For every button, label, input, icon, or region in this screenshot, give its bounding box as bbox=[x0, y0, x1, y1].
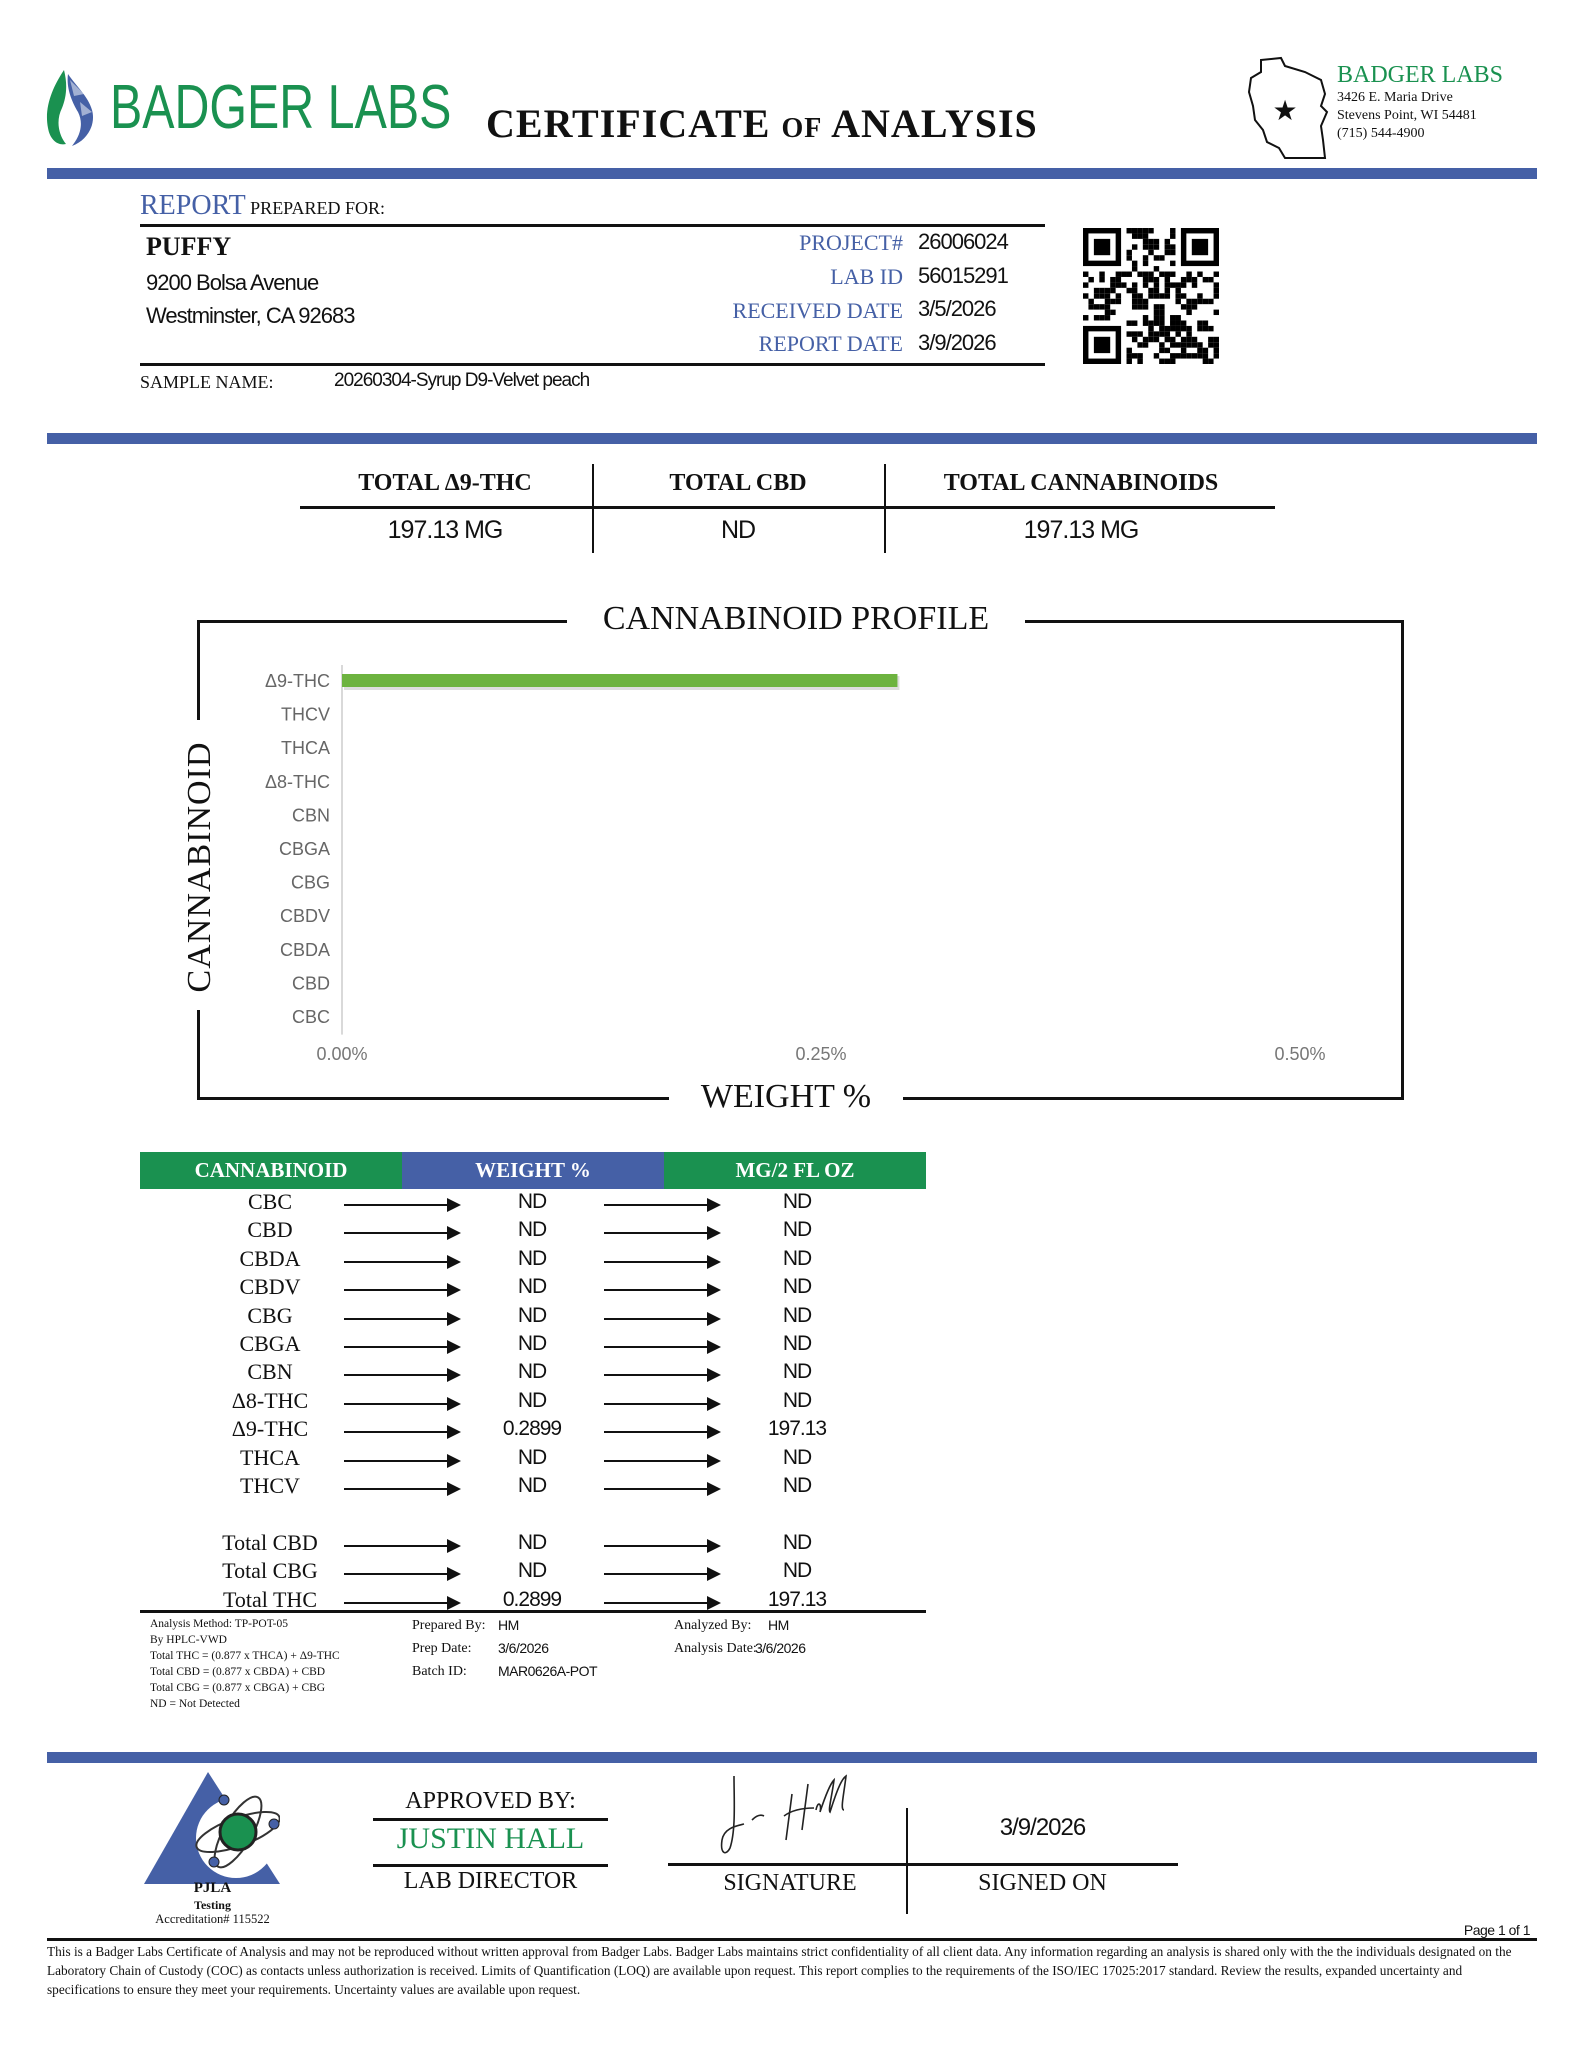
table-row-mg: ND bbox=[727, 1304, 867, 1328]
chart-x-tick-label: 0.25% bbox=[795, 1044, 846, 1064]
arrow-icon bbox=[344, 1573, 459, 1575]
received-date-label: RECEIVED DATE bbox=[733, 298, 903, 324]
table-row-mg: ND bbox=[727, 1531, 867, 1555]
table-row-name: CBDV bbox=[175, 1274, 365, 1300]
chart-category-label: CBG bbox=[291, 873, 330, 893]
analyzed-by-value: HM bbox=[768, 1617, 789, 1633]
table-row-weight: ND bbox=[472, 1332, 592, 1356]
chart-frame bbox=[903, 1097, 1404, 1100]
signed-on-label: SIGNED ON bbox=[920, 1870, 1165, 1897]
prep-date-value: 3/6/2026 bbox=[498, 1640, 549, 1656]
table-row-weight: ND bbox=[472, 1474, 592, 1498]
signature-divider bbox=[906, 1808, 908, 1914]
arrow-icon bbox=[604, 1460, 719, 1462]
note-line: Total CBD = (0.877 x CBDA) + CBD bbox=[150, 1664, 340, 1680]
chart-x-tick-label: 0.00% bbox=[316, 1044, 367, 1064]
arrow-icon bbox=[604, 1403, 719, 1405]
arrow-icon bbox=[604, 1204, 719, 1206]
chart-category-label: Δ9-THC bbox=[265, 671, 330, 691]
table-row-mg: ND bbox=[727, 1332, 867, 1356]
approver-name: JUSTIN HALL bbox=[373, 1822, 608, 1856]
chart-frame bbox=[1025, 620, 1403, 623]
prepared-label-report: REPORT bbox=[140, 190, 246, 221]
arrow-icon bbox=[344, 1403, 459, 1405]
qr-code-icon[interactable] bbox=[1083, 228, 1219, 364]
table-row-name: Δ9-THC bbox=[175, 1416, 365, 1442]
chart-x-tick-label: 0.50% bbox=[1274, 1044, 1325, 1064]
table-row-mg: ND bbox=[727, 1559, 867, 1583]
title-certificate: CERTIFICATE bbox=[486, 101, 770, 146]
table-row-mg: ND bbox=[727, 1446, 867, 1470]
table-row-name: CBG bbox=[175, 1303, 365, 1329]
document-title: CERTIFICATE OF ANALYSIS bbox=[486, 100, 1038, 147]
summary-label-cbd: TOTAL CBD bbox=[593, 470, 883, 497]
table-row-mg: ND bbox=[727, 1389, 867, 1413]
chart-bar bbox=[342, 674, 897, 687]
logo-text: BADGER LABS bbox=[110, 77, 451, 139]
table-row-weight: ND bbox=[472, 1531, 592, 1555]
cannabinoid-profile-chart: Δ9-THCTHCVTHCAΔ8-THCCBNCBGACBGCBDVCBDACB… bbox=[200, 640, 1390, 1080]
table-header-cannabinoid: CANNABINOID bbox=[140, 1152, 402, 1189]
star-icon: ★ bbox=[1272, 96, 1297, 127]
table-row-mg: ND bbox=[727, 1190, 867, 1214]
arrow-icon bbox=[604, 1289, 719, 1291]
table-row-name: Total THC bbox=[175, 1587, 365, 1613]
accreditation-number: Accreditation# 115522 bbox=[130, 1912, 295, 1927]
analysis-date-label: Analysis Date: bbox=[674, 1641, 757, 1657]
arrow-icon bbox=[344, 1374, 459, 1376]
client-name: PUFFY bbox=[146, 232, 231, 262]
summary-label-cannabinoids: TOTAL CANNABINOIDS bbox=[886, 470, 1276, 497]
arrow-icon bbox=[604, 1261, 719, 1263]
arrow-icon bbox=[604, 1545, 719, 1547]
arrow-icon bbox=[604, 1346, 719, 1348]
arrow-icon bbox=[344, 1346, 459, 1348]
chart-category-label: THCA bbox=[281, 738, 330, 758]
divider bbox=[140, 224, 1045, 227]
prep-date-label: Prep Date: bbox=[412, 1641, 471, 1657]
arrow-icon bbox=[344, 1488, 459, 1490]
table-row-mg: ND bbox=[727, 1218, 867, 1242]
prepared-for-label: REPORT PREPARED FOR: bbox=[140, 190, 385, 222]
arrow-icon bbox=[344, 1545, 459, 1547]
signature-image bbox=[700, 1770, 880, 1860]
signed-on-date: 3/9/2026 bbox=[920, 1814, 1165, 1842]
section-divider bbox=[47, 433, 1537, 444]
table-row-weight: 0.2899 bbox=[472, 1417, 592, 1441]
prepared-by-value: HM bbox=[498, 1617, 519, 1633]
client-address-2: Westminster, CA 92683 bbox=[146, 303, 355, 329]
table-row-weight: ND bbox=[472, 1218, 592, 1242]
table-row-name: THCA bbox=[175, 1445, 365, 1471]
analyzed-by-label: Analyzed By: bbox=[674, 1618, 751, 1634]
lab-address-line-2: Stevens Point, WI 54481 bbox=[1337, 108, 1477, 124]
summary-divider bbox=[300, 506, 1275, 509]
lab-id-label: LAB ID bbox=[830, 264, 903, 290]
sample-name-label: SAMPLE NAME: bbox=[140, 372, 274, 393]
lab-address-line-1: 3426 E. Maria Drive bbox=[1337, 90, 1453, 106]
chart-frame bbox=[197, 620, 567, 623]
summary-label-thc: TOTAL Δ9-THC bbox=[300, 470, 590, 497]
chart-frame bbox=[1401, 620, 1404, 1100]
table-row-name: Total CBD bbox=[175, 1530, 365, 1556]
sample-name-value: 20260304-Syrup D9-Velvet peach bbox=[334, 370, 589, 392]
pjla-testing-label: Testing bbox=[140, 1898, 285, 1913]
table-row-weight: ND bbox=[472, 1275, 592, 1299]
batch-id-value: MAR0626A-POT bbox=[498, 1663, 597, 1679]
chart-frame bbox=[197, 1097, 669, 1100]
table-header-mg: MG/2 FL OZ bbox=[664, 1152, 926, 1189]
table-header-weight: WEIGHT % bbox=[402, 1152, 664, 1189]
approved-by-label: APPROVED BY: bbox=[373, 1788, 608, 1815]
lab-phone: (715) 544-4900 bbox=[1337, 126, 1425, 142]
signature-label: SIGNATURE bbox=[680, 1870, 900, 1897]
note-line: ND = Not Detected bbox=[150, 1696, 340, 1712]
wisconsin-map-icon: ★ bbox=[1245, 54, 1341, 164]
header-divider bbox=[47, 168, 1537, 179]
table-row-mg: ND bbox=[727, 1360, 867, 1384]
project-label: PROJECT# bbox=[799, 230, 903, 256]
divider bbox=[373, 1818, 608, 1821]
report-date-label: REPORT DATE bbox=[759, 331, 903, 357]
table-row-mg: ND bbox=[727, 1474, 867, 1498]
table-row-weight: ND bbox=[472, 1360, 592, 1384]
project-value: 26006024 bbox=[918, 229, 1008, 255]
table-row-name: CBGA bbox=[175, 1331, 365, 1357]
table-row-mg: 197.13 bbox=[727, 1417, 867, 1441]
table-row-mg: ND bbox=[727, 1247, 867, 1271]
arrow-icon bbox=[344, 1204, 459, 1206]
analysis-method-notes: Analysis Method: TP-POT-05 By HPLC-VWD T… bbox=[150, 1616, 340, 1712]
table-row-name: CBN bbox=[175, 1359, 365, 1385]
table-row-weight: ND bbox=[472, 1559, 592, 1583]
chart-category-label: Δ8-THC bbox=[265, 772, 330, 792]
chart-title: CANNABINOID PROFILE bbox=[567, 600, 1025, 638]
arrow-icon bbox=[604, 1488, 719, 1490]
chart-category-label: CBGA bbox=[279, 839, 330, 859]
report-date-value: 3/9/2026 bbox=[918, 330, 996, 356]
pjla-label: PJLA bbox=[140, 1880, 285, 1897]
summary-value-cbd: ND bbox=[593, 516, 883, 545]
table-row-mg: ND bbox=[727, 1275, 867, 1299]
lab-id-value: 56015291 bbox=[918, 263, 1008, 289]
disclaimer-text: This is a Badger Labs Certificate of Ana… bbox=[47, 1942, 1537, 1999]
leaf-logo-icon bbox=[44, 68, 100, 148]
arrow-icon bbox=[344, 1232, 459, 1234]
arrow-icon bbox=[604, 1431, 719, 1433]
prepared-by-label: Prepared By: bbox=[412, 1618, 485, 1634]
table-row-weight: ND bbox=[472, 1190, 592, 1214]
arrow-icon bbox=[344, 1602, 459, 1604]
approval-divider bbox=[47, 1752, 1537, 1763]
note-line: By HPLC-VWD bbox=[150, 1632, 340, 1648]
chart-x-axis-label: WEIGHT % bbox=[669, 1078, 903, 1116]
table-row-weight: ND bbox=[472, 1389, 592, 1413]
divider bbox=[140, 363, 1045, 366]
pjla-accreditation-logo bbox=[144, 1772, 280, 1890]
chart-category-label: CBDA bbox=[280, 940, 330, 960]
table-row-name: CBC bbox=[175, 1189, 365, 1215]
divider bbox=[373, 1864, 608, 1867]
page-number: Page 1 of 1 bbox=[1464, 1922, 1530, 1938]
chart-category-label: THCV bbox=[281, 705, 330, 725]
signature-line bbox=[668, 1863, 1178, 1866]
client-address-1: 9200 Bolsa Avenue bbox=[146, 270, 318, 296]
arrow-icon bbox=[604, 1232, 719, 1234]
table-row-name: THCV bbox=[175, 1473, 365, 1499]
table-row-name: Total CBG bbox=[175, 1558, 365, 1584]
chart-category-label: CBC bbox=[292, 1007, 330, 1027]
prepared-label-rest: PREPARED FOR: bbox=[250, 198, 385, 218]
lab-address-block: ★ BADGER LABS 3426 E. Maria Drive Steven… bbox=[1245, 54, 1565, 164]
arrow-icon bbox=[344, 1289, 459, 1291]
table-row-weight: ND bbox=[472, 1247, 592, 1271]
arrow-icon bbox=[604, 1602, 719, 1604]
footer-rule bbox=[47, 1938, 1537, 1941]
arrow-icon bbox=[344, 1261, 459, 1263]
arrow-icon bbox=[344, 1431, 459, 1433]
note-line: Total THC = (0.877 x THCA) + Δ9-THC bbox=[150, 1648, 340, 1664]
table-row-name: CBD bbox=[175, 1217, 365, 1243]
analysis-date-value: 3/6/2026 bbox=[755, 1640, 806, 1656]
arrow-icon bbox=[604, 1374, 719, 1376]
table-row-name: Δ8-THC bbox=[175, 1388, 365, 1414]
approver-title: LAB DIRECTOR bbox=[373, 1868, 608, 1895]
arrow-icon bbox=[344, 1460, 459, 1462]
received-date-value: 3/5/2026 bbox=[918, 296, 996, 322]
table-row-name: CBDA bbox=[175, 1246, 365, 1272]
note-line: Analysis Method: TP-POT-05 bbox=[150, 1616, 340, 1632]
title-of: OF bbox=[781, 113, 822, 144]
chart-category-label: CBD bbox=[292, 973, 330, 993]
summary-value-thc: 197.13 MG bbox=[300, 516, 590, 545]
chart-category-label: CBN bbox=[292, 805, 330, 825]
summary-value-cannabinoids: 197.13 MG bbox=[886, 516, 1276, 545]
title-analysis: ANALYSIS bbox=[831, 101, 1038, 146]
table-row-weight: ND bbox=[472, 1446, 592, 1470]
arrow-icon bbox=[344, 1318, 459, 1320]
table-row-weight: ND bbox=[472, 1304, 592, 1328]
table-row-weight: 0.2899 bbox=[472, 1588, 592, 1612]
arrow-icon bbox=[604, 1318, 719, 1320]
chart-category-label: CBDV bbox=[280, 906, 330, 926]
batch-id-label: Batch ID: bbox=[412, 1664, 467, 1680]
badger-labs-logo: BADGER LABS bbox=[44, 68, 548, 148]
lab-name: BADGER LABS bbox=[1337, 62, 1503, 89]
table-row-mg: 197.13 bbox=[727, 1588, 867, 1612]
table-bottom-rule bbox=[140, 1610, 926, 1613]
arrow-icon bbox=[604, 1573, 719, 1575]
note-line: Total CBG = (0.877 x CBGA) + CBG bbox=[150, 1680, 340, 1696]
